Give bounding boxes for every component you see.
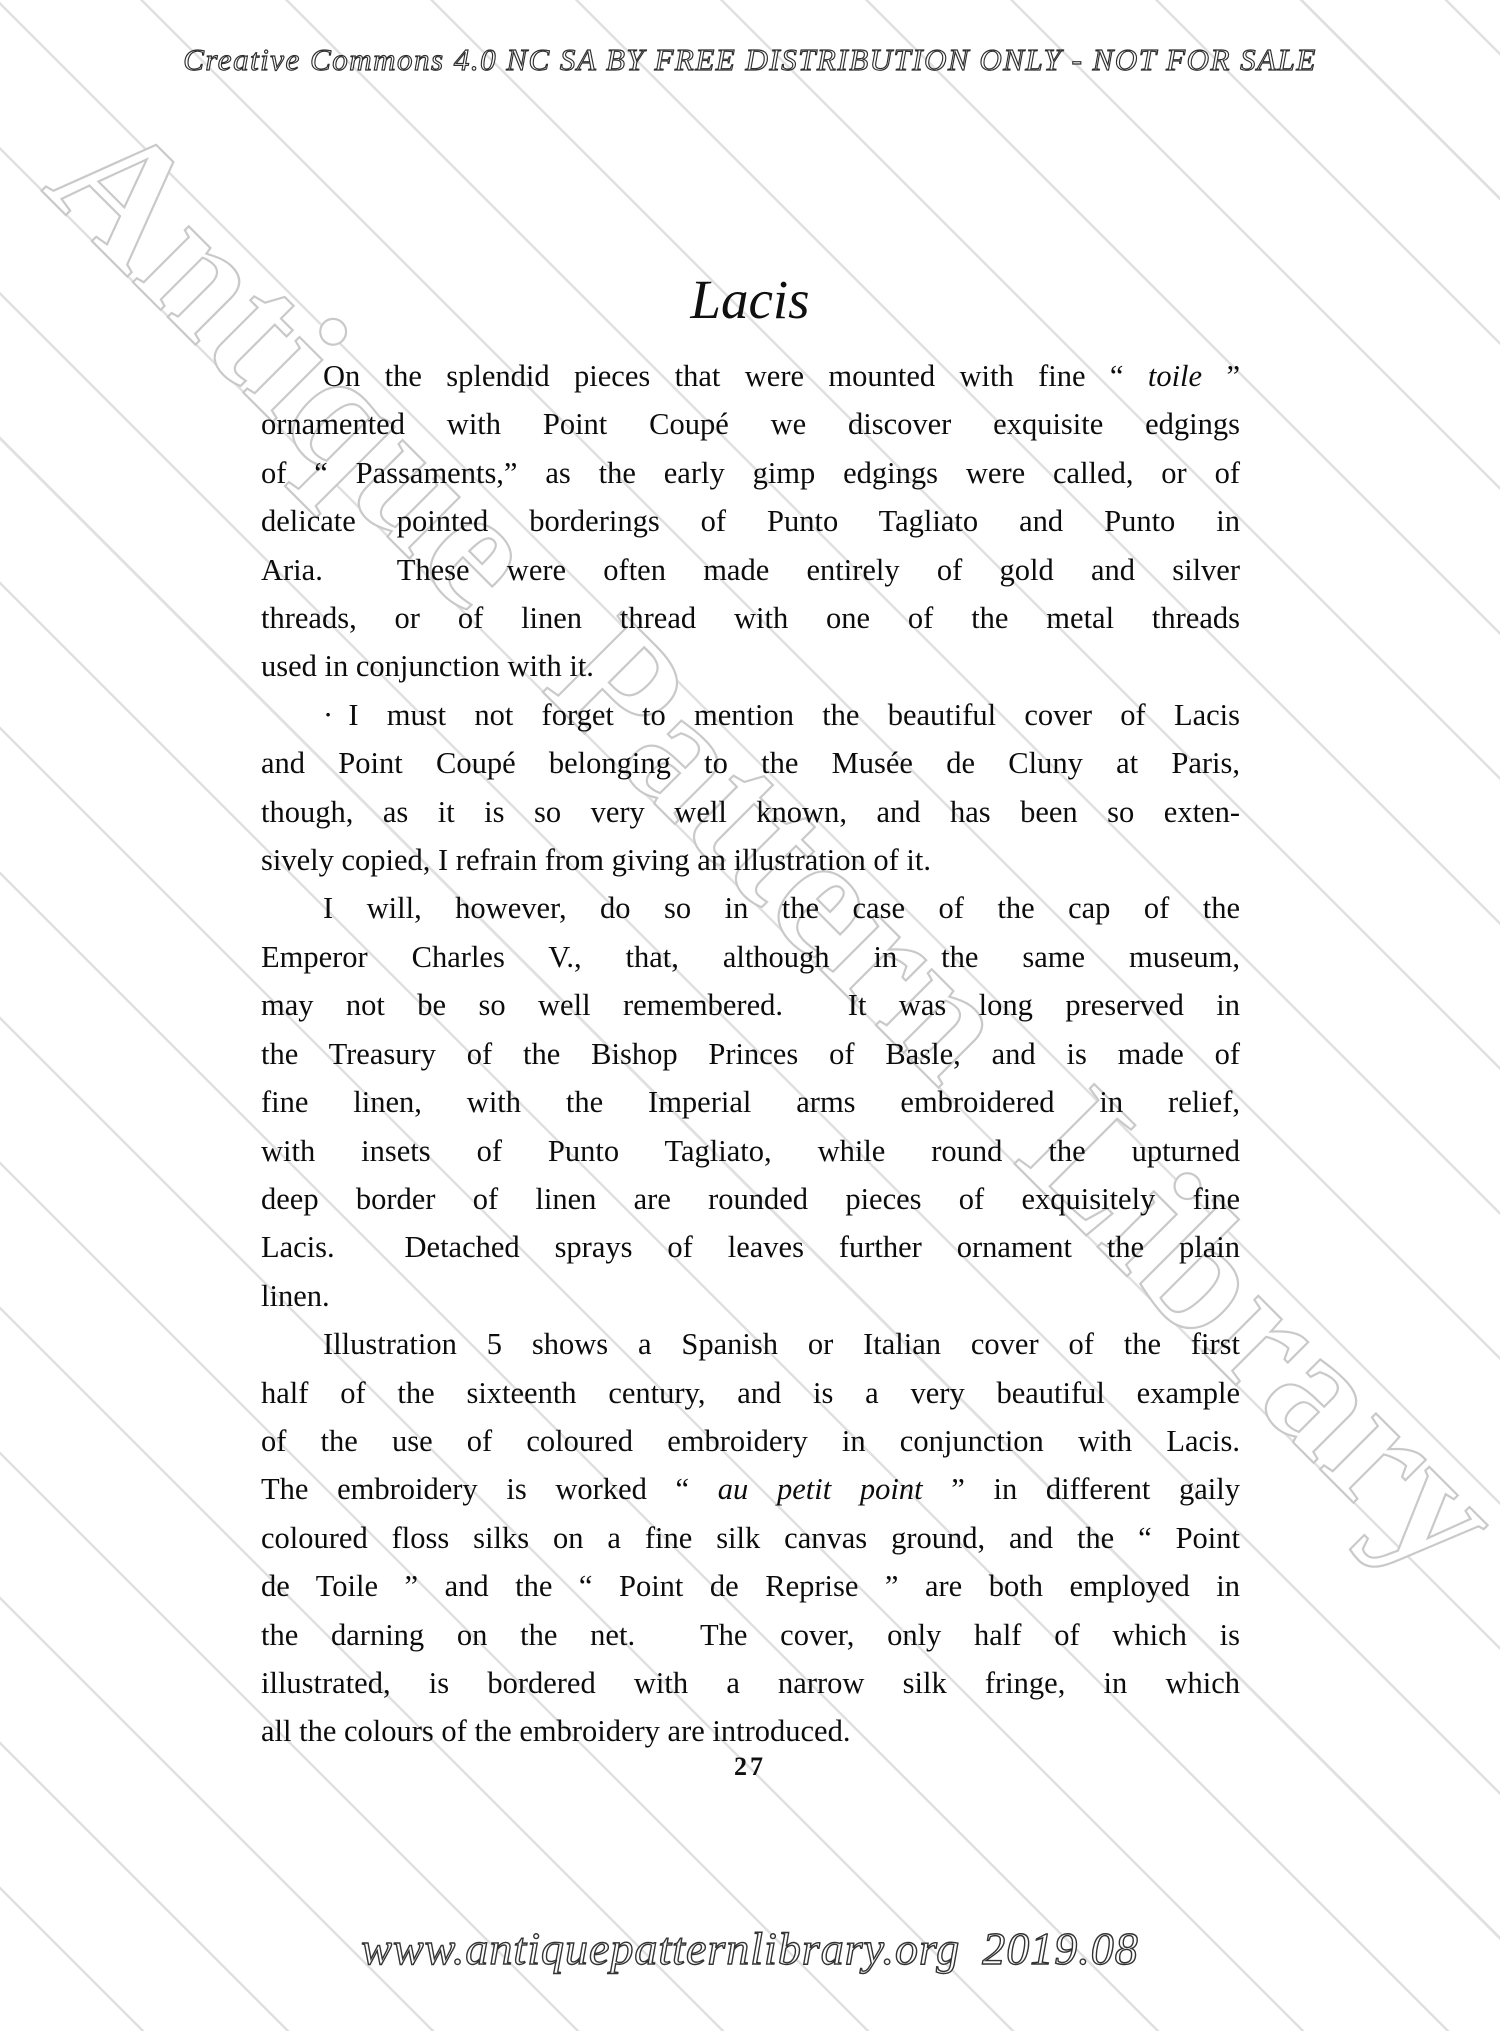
page-number: 27 (0, 1752, 1500, 1782)
text-line: the Treasury of the Bishop Princes of Ba… (261, 1030, 1240, 1078)
text-line: deep border of linen are rounded pieces … (261, 1175, 1240, 1223)
text-line: threads, or of linen thread with one of … (261, 594, 1240, 642)
footer-url: www.antiquepatternlibrary.org (361, 1923, 960, 1974)
text-line: of “ Passaments,” as the early gimp edgi… (261, 449, 1240, 497)
text-line: On the splendid pieces that were mounted… (261, 352, 1240, 400)
text-line: Lacis. Detached sprays of leaves further… (261, 1223, 1240, 1271)
text-line: delicate pointed borderings of Punto Tag… (261, 497, 1240, 545)
footer-edition: 2019.08 (982, 1923, 1139, 1974)
text-line: with insets of Punto Tagliato, while rou… (261, 1127, 1240, 1175)
page-title: Lacis (0, 268, 1500, 331)
text-line: all the colours of the embroidery are in… (261, 1707, 1240, 1755)
paragraph: I will, however, do so in the case of th… (261, 884, 1240, 1320)
body-paragraphs: On the splendid pieces that were mounted… (261, 352, 1240, 1756)
text-line: linen. (261, 1272, 1240, 1320)
text-line: I will, however, do so in the case of th… (261, 884, 1240, 932)
text-line: de Toile ” and the “ Point de Reprise ” … (261, 1562, 1240, 1610)
text-line: Illustration 5 shows a Spanish or Italia… (261, 1320, 1240, 1368)
text-line: used in conjunction with it. (261, 642, 1240, 690)
text-line: coloured floss silks on a fine silk canv… (261, 1514, 1240, 1562)
text-line: half of the sixteenth century, and is a … (261, 1369, 1240, 1417)
text-line: Aria. These were often made entirely of … (261, 546, 1240, 594)
text-line: illustrated, is bordered with a narrow s… (261, 1659, 1240, 1707)
text-line: · I must not forget to mention the beaut… (261, 691, 1240, 739)
text-line: though, as it is so very well known, and… (261, 788, 1240, 836)
text-line: Emperor Charles V., that, although in th… (261, 933, 1240, 981)
paragraph: Illustration 5 shows a Spanish or Italia… (261, 1320, 1240, 1756)
text-line: ornamented with Point Coupé we discover … (261, 400, 1240, 448)
text-line: the darning on the net. The cover, only … (261, 1611, 1240, 1659)
text-line: of the use of coloured embroidery in con… (261, 1417, 1240, 1465)
text-line: The embroidery is worked “ au petit poin… (261, 1465, 1240, 1513)
text-line: and Point Coupé belonging to the Musée d… (261, 739, 1240, 787)
paragraph: · I must not forget to mention the beaut… (261, 691, 1240, 885)
text-line: sively copied, I refrain from giving an … (261, 836, 1240, 884)
footer: www.antiquepatternlibrary.org2019.08 (0, 1922, 1500, 1975)
text-line: fine linen, with the Imperial arms embro… (261, 1078, 1240, 1126)
copyright-notice: Creative Commons 4.0 NC SA BY FREE DISTR… (0, 42, 1500, 78)
text-line: may not be so well remembered. It was lo… (261, 981, 1240, 1029)
paragraph: On the splendid pieces that were mounted… (261, 352, 1240, 691)
